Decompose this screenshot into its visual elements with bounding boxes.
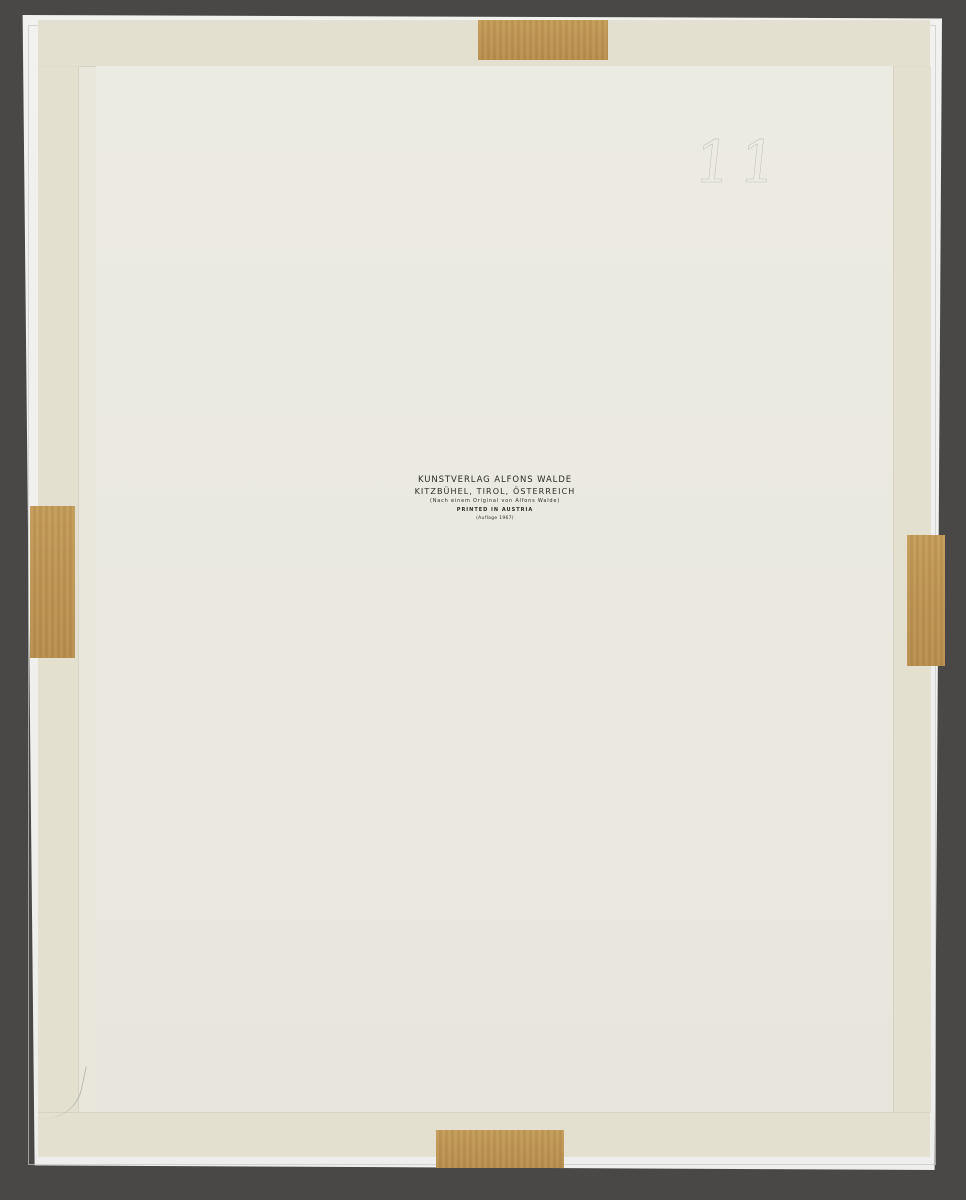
brown-tape-left (30, 506, 75, 658)
imprint-location: KITZBÜHEL, TIROL, ÖSTERREICH (400, 486, 590, 497)
imprint-original-note: (Nach einem Original von Alfons Walde) (400, 497, 590, 506)
brown-tape-right (907, 535, 945, 666)
pencil-number: 11 (691, 128, 788, 196)
brown-tape-top (478, 20, 608, 60)
brown-tape-bottom (436, 1130, 564, 1168)
publisher-imprint: KUNSTVERLAG ALFONS WALDE KITZBÜHEL, TIRO… (400, 474, 590, 523)
imprint-publisher: KUNSTVERLAG ALFONS WALDE (400, 474, 590, 486)
paper-center-area (96, 66, 893, 1112)
imprint-edition: (Auflage 1967) (400, 515, 590, 523)
imprint-printed-in: PRINTED IN AUSTRIA (400, 506, 590, 515)
